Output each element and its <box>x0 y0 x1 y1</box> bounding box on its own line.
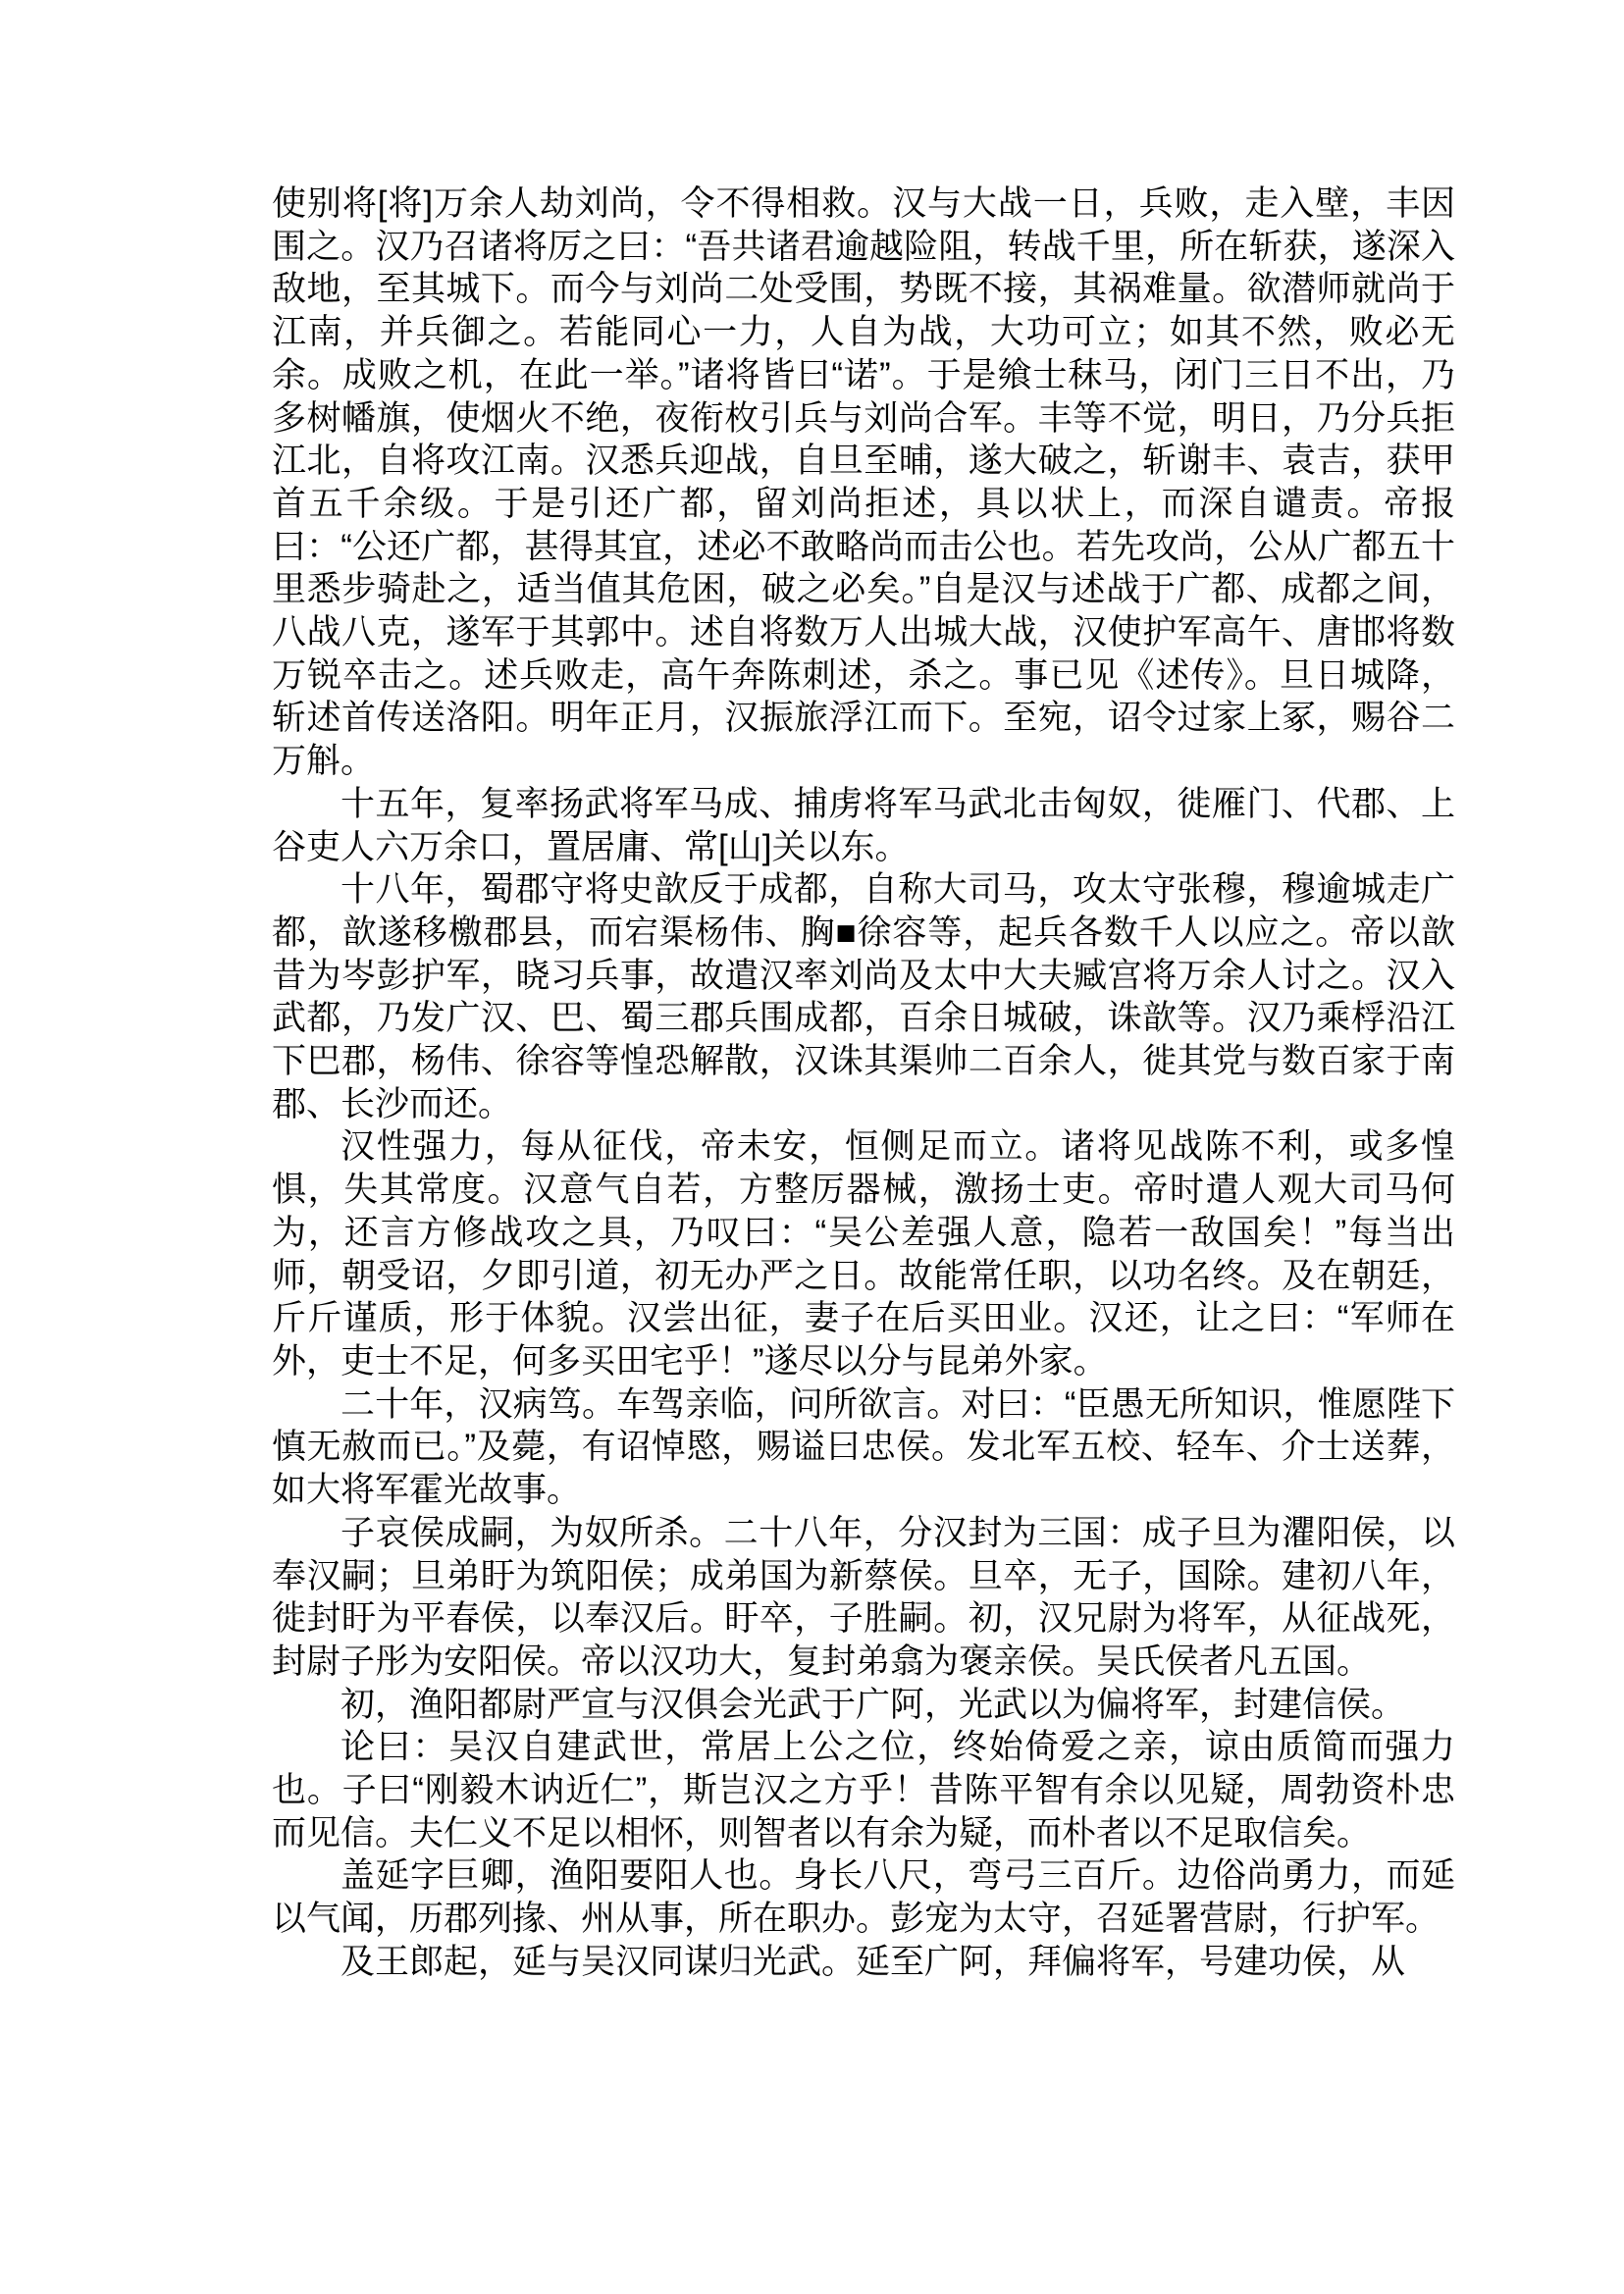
paragraph: 汉性强力，每从征伐，帝未安，恒侧足而立。诸将见战陈不利，或多惶惧，失其常度。汉意… <box>272 1125 1455 1382</box>
text-column: 使别将[将]万余人劫刘尚，令不得相救。汉与大战一日，兵败，走入壁，丰因围之。汉乃… <box>272 182 1455 1984</box>
document-page: 使别将[将]万余人劫刘尚，令不得相救。汉与大战一日，兵败，走入壁，丰因围之。汉乃… <box>0 0 1624 2294</box>
paragraph: 十五年，复率扬武将军马成、捕虏将军马武北击匈奴，徙雁门、代郡、上谷吏人六万余口，… <box>272 783 1455 868</box>
paragraph: 盖延字巨卿，渔阳要阳人也。身长八尺，弯弓三百斤。边俗尚勇力，而延以气闻，历郡列掾… <box>272 1854 1455 1940</box>
paragraph: 子哀侯成嗣，为奴所杀。二十八年，分汉封为三国：成子旦为灈阳侯，以奉汉嗣；旦弟盱为… <box>272 1512 1455 1684</box>
paragraph-cutoff: 及王郎起，延与吴汉同谋归光武。延至广阿，拜偏将军，号建功侯，从 <box>272 1941 1455 1984</box>
paragraph: 初，渔阳都尉严宣与汉俱会光武于广阿，光武以为偏将军，封建信侯。 <box>272 1684 1455 1727</box>
paragraph: 二十年，汉病笃。车驾亲临，问所欲言。对曰：“臣愚无所知识，惟愿陛下慎无赦而已。”… <box>272 1383 1455 1512</box>
paragraph: 论曰：吴汉自建武世，常居上公之位，终始倚爱之亲，谅由质简而强力也。子曰“刚毅木讷… <box>272 1726 1455 1854</box>
paragraph: 十八年，蜀郡守将史歆反于成都，自称大司马，攻太守张穆，穆逾城走广都，歆遂移檄郡县… <box>272 868 1455 1125</box>
paragraph-continuation: 使别将[将]万余人劫刘尚，令不得相救。汉与大战一日，兵败，走入壁，丰因围之。汉乃… <box>272 182 1455 783</box>
